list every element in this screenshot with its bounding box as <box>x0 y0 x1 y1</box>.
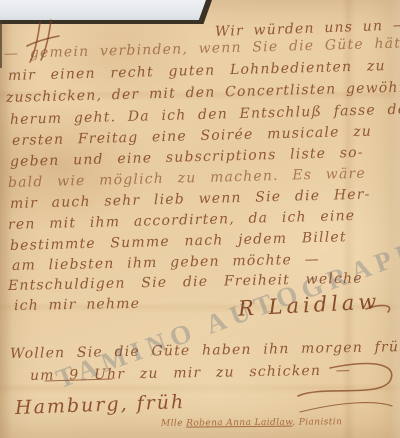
caption-suffix: , Pianistin <box>292 417 342 427</box>
caption-prefix: Mlle <box>161 419 186 429</box>
overlapping-white-card <box>0 0 206 20</box>
paper-left-edge-shadow <box>0 20 2 68</box>
handwriting-line: ich mir nehme <box>14 296 140 314</box>
caption-name: Robena Anna Laidlaw <box>186 418 292 429</box>
collector-caption: Mlle Robena Anna Laidlaw, Pianistin <box>161 417 342 429</box>
